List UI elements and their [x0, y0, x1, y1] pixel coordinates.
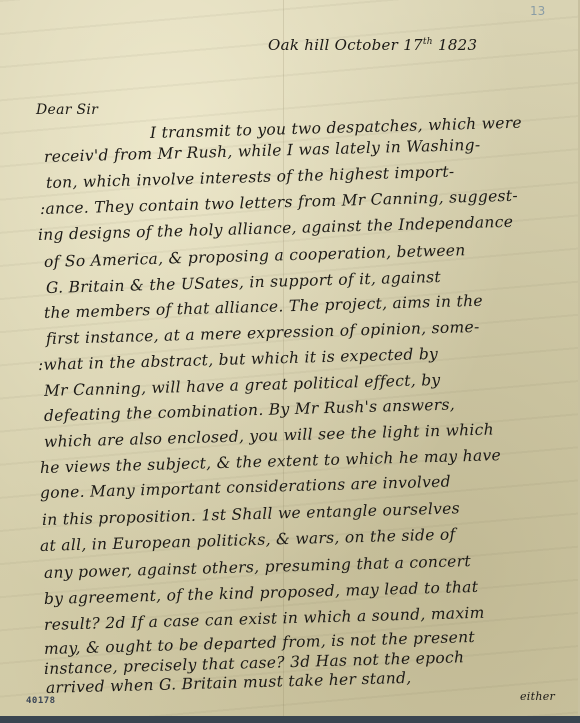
date-ordinal: th — [423, 37, 433, 47]
letter-line: first instance, at a mere expression of … — [46, 318, 480, 348]
letter-line: Mr Canning, will have a great political … — [44, 371, 441, 400]
letter-line: by agreement, of the kind proposed, may … — [44, 578, 479, 608]
page-number-mark: 13 — [530, 4, 545, 18]
place-date: Oak hill October 17 — [268, 36, 423, 54]
letter-line: in this proposition. 1st Shall we entang… — [42, 499, 460, 529]
letter-line: gone. Many important considerations are … — [40, 473, 451, 502]
letter-line: any power, against others, presuming tha… — [44, 552, 471, 582]
letter-line: :ance. They contain two letters from Mr … — [40, 187, 518, 218]
letter-line: which are also enclosed, you will see th… — [44, 420, 494, 451]
letter-line: of So America, & proposing a cooperation… — [44, 241, 466, 271]
letter-page: 13 Oak hill October 17th 1823 Dear Sir I… — [0, 0, 580, 716]
letter-line: ton, which involve interests of the high… — [46, 163, 455, 192]
salutation: Dear Sir — [36, 102, 98, 118]
letter-line: the members of that alliance. The projec… — [44, 292, 483, 322]
catchword: either — [520, 690, 555, 703]
letter-line: ing designs of the holy alliance, agains… — [38, 213, 514, 244]
letter-line: at all, in European politicks, & wars, o… — [40, 525, 456, 555]
date-year: 1823 — [438, 36, 477, 54]
dateline: Oak hill October 17th 1823 — [268, 36, 477, 54]
archive-number: 40178 — [26, 696, 56, 706]
letter-line: receiv'd from Mr Rush, while I was latel… — [44, 136, 481, 166]
letter-line: defeating the combination. By Mr Rush's … — [44, 396, 455, 425]
letter-line: G. Britain & the USates, in support of i… — [46, 268, 441, 297]
letter-line: :what in the abstract, but which it is e… — [38, 345, 439, 374]
